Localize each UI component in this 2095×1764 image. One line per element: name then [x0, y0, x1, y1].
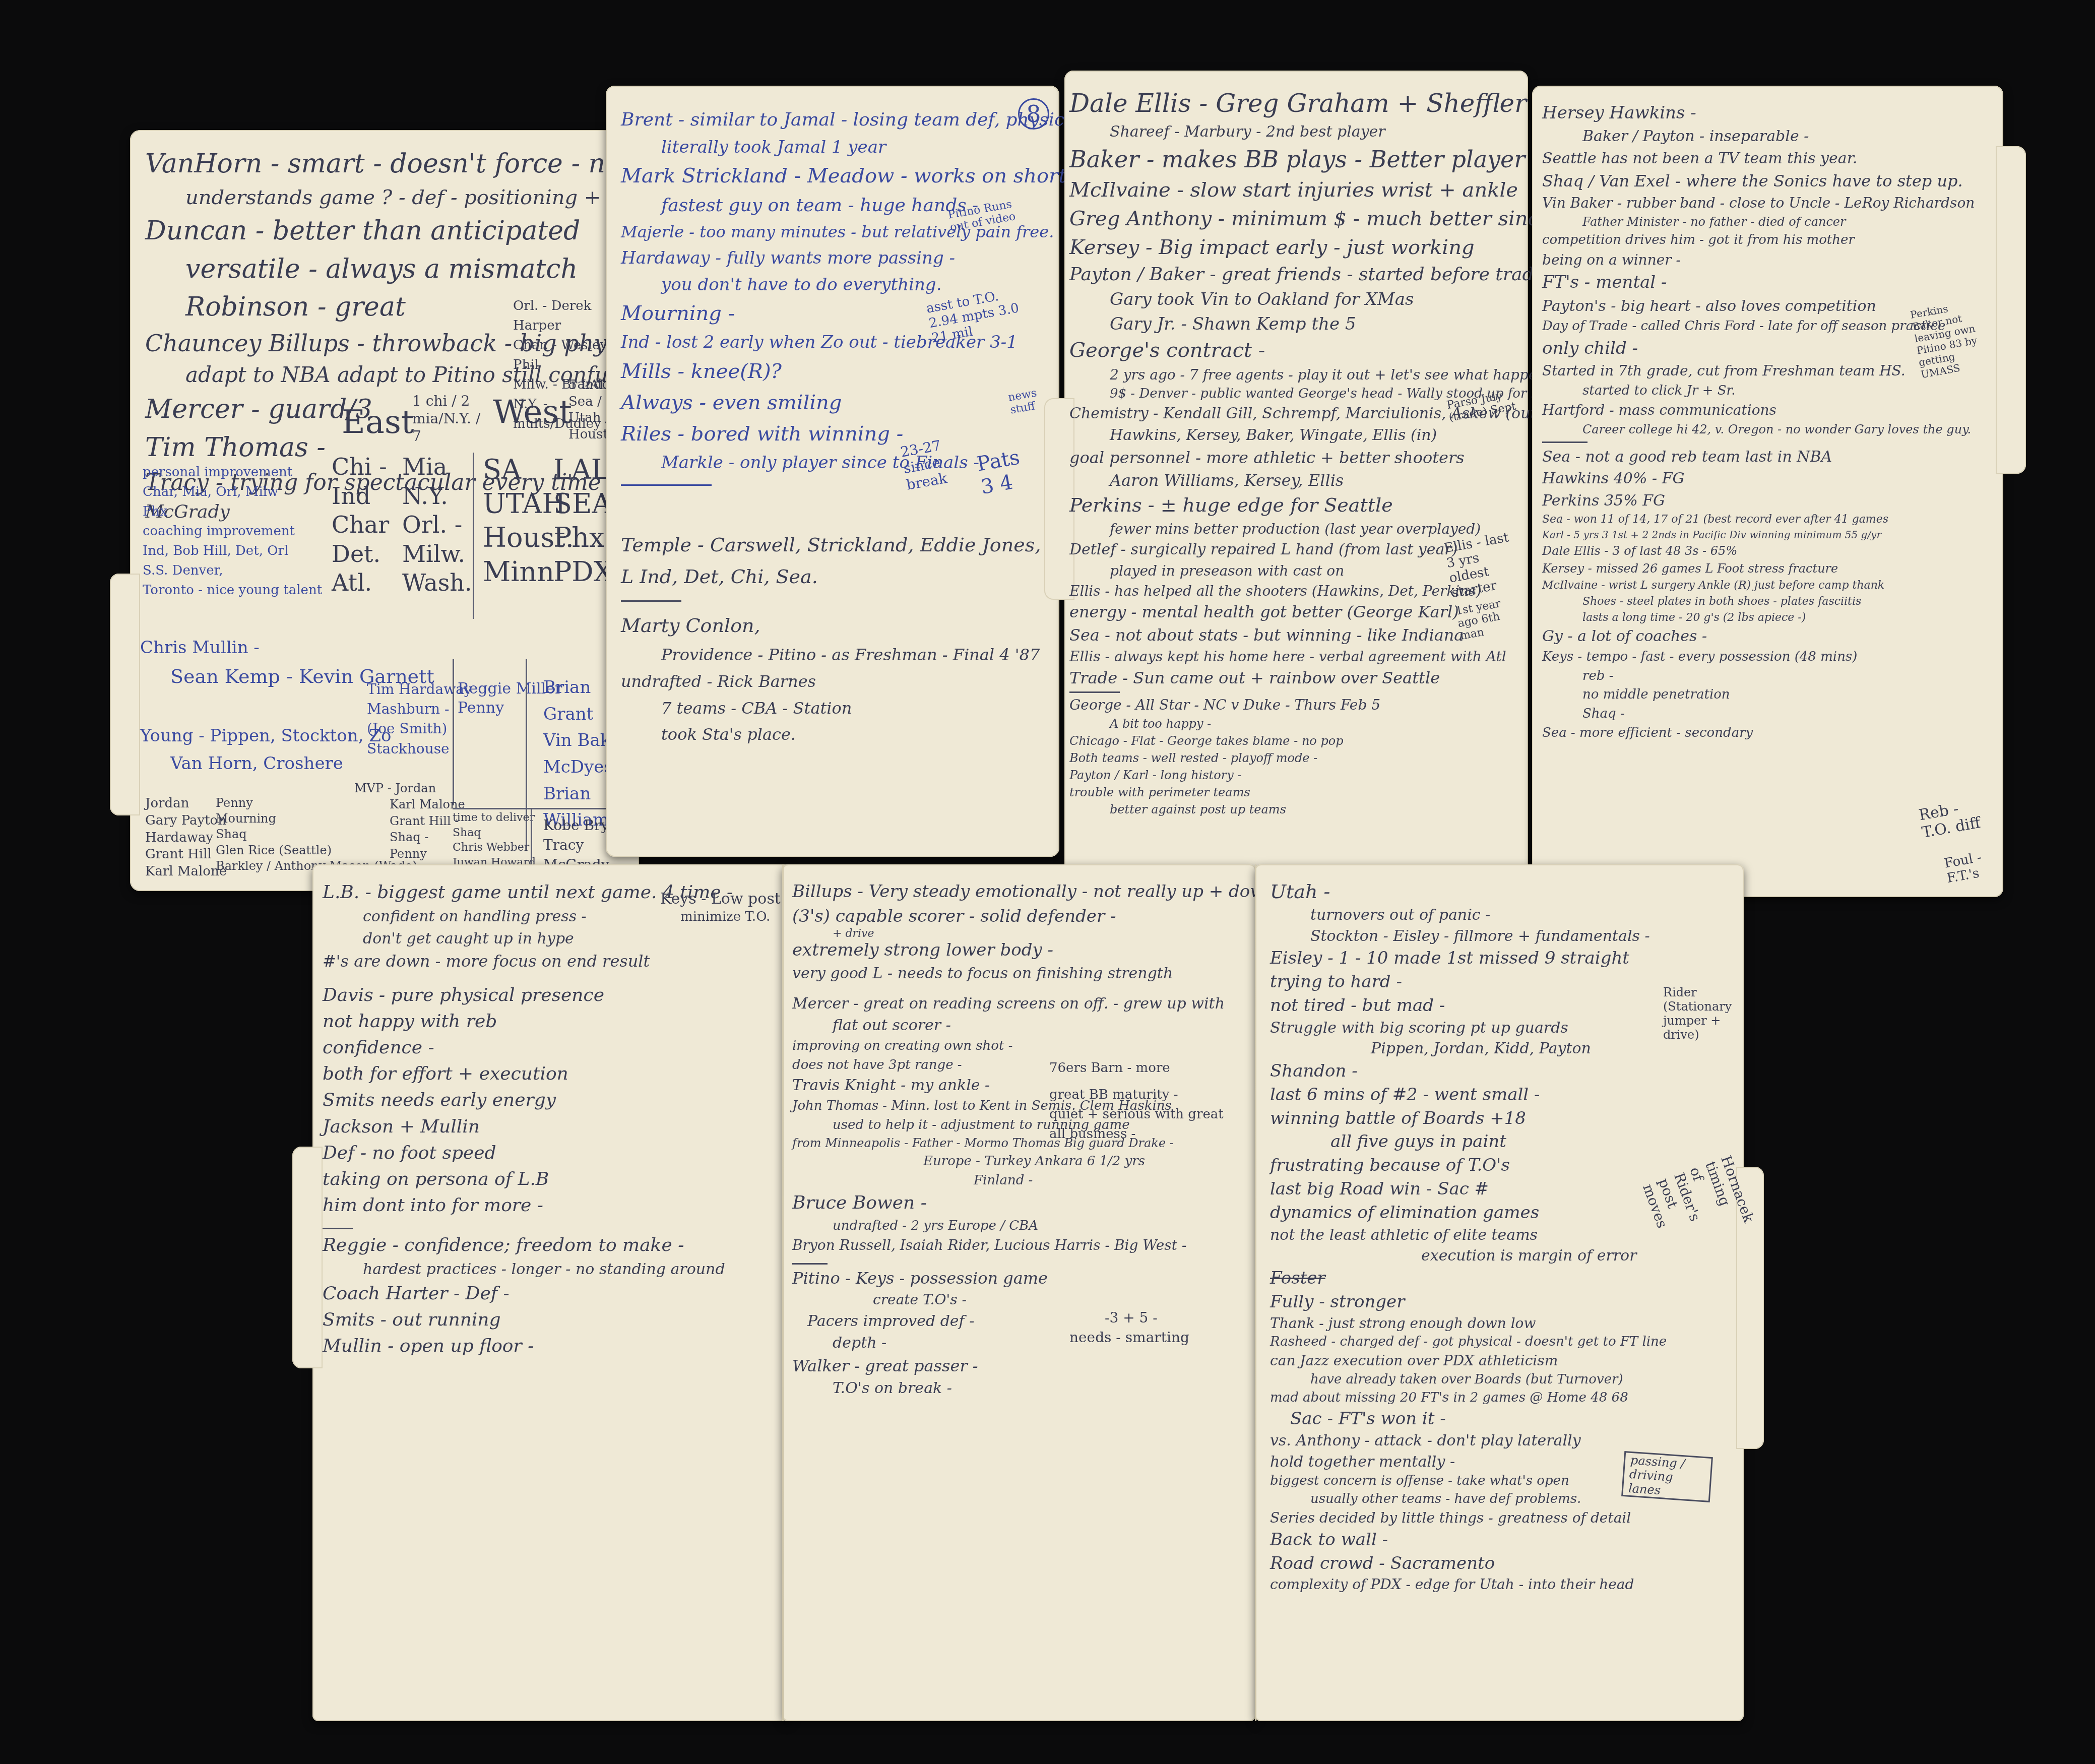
team: Char	[332, 511, 389, 540]
player: Chris Webber	[453, 840, 536, 855]
side-note: Chris Mullin -	[140, 634, 434, 661]
note-line: #'s are down - more focus on end result	[323, 950, 733, 973]
divider	[621, 600, 681, 602]
note-line: Baker / Payton - inseparable -	[1542, 125, 1975, 148]
note-line: Shandon -	[1270, 1059, 1667, 1083]
note-line: started to click Jr + Sr.	[1542, 382, 1975, 401]
note-line: Pippen, Jordan, Kidd, Payton	[1270, 1038, 1667, 1059]
note-line: Vin Baker - rubber band - close to Uncle…	[1542, 193, 1975, 214]
note-line: winning battle of Boards +18	[1270, 1107, 1667, 1130]
divider	[1542, 442, 1588, 443]
note-line: Thank - just strong enough down low	[1270, 1314, 1667, 1334]
note-line: not tired - but mad -	[1270, 994, 1667, 1018]
keys-note: Keys - Low post minimize T.O.	[660, 890, 781, 925]
team: Mia	[402, 453, 472, 482]
note-line: Shaq / Van Exel - where the Sonics have …	[1542, 169, 1975, 193]
note-line: Mullin - open up floor -	[323, 1333, 733, 1359]
divider	[323, 1228, 353, 1229]
note-line: T.O's on break -	[792, 1377, 1276, 1400]
side-note: Toronto - nice young talent	[143, 581, 322, 600]
player: Gary Payton	[145, 812, 227, 830]
east-column-2: Mia N.Y. Orl. - Milw. Wash.	[402, 453, 472, 598]
note-line: Coach Harter - Def -	[323, 1281, 733, 1307]
team: Wash.	[402, 569, 472, 598]
note-line: McIlvaine - wrist L surgery Ankle (R) ju…	[1542, 578, 1975, 594]
note-line: Smits - out running	[323, 1307, 733, 1333]
notes-top-right: Hersey Hawkins - Baker / Payton - insepa…	[1542, 101, 1975, 742]
boxed-note: passing / driving lanes	[1621, 1451, 1713, 1502]
note-line: (3's) capable scorer - solid defender -	[792, 904, 1276, 929]
note-line: hold together mentally -	[1270, 1452, 1667, 1472]
team: Ind	[332, 482, 389, 511]
player: Jordan	[145, 795, 227, 812]
note-line: create T.O's -	[792, 1290, 1276, 1310]
team: Det.	[332, 540, 389, 569]
note-line: vs. Anthony - attack - don't play latera…	[1270, 1430, 1667, 1451]
side-note: coaching improvement	[143, 522, 322, 541]
east-column-1: Chi - Ind Char Det. Atl.	[332, 453, 389, 598]
note-line: no middle penetration	[1542, 685, 1975, 705]
player: Penny	[216, 795, 417, 811]
note-line: Back to wall -	[1270, 1528, 1667, 1552]
note-line: Eisley - 1 - 10 made 1st missed 9 straig…	[1270, 947, 1667, 970]
note-line: Reggie - confidence; freedom to make -	[323, 1232, 733, 1258]
note-line: Sea - won 11 of 14, 17 of 21 (best recor…	[1542, 512, 1975, 528]
note-line: Father Minister - no father - died of ca…	[1542, 213, 1975, 231]
folder-top-middle: 8 Brent - similar to Jamal - losing team…	[606, 86, 1059, 857]
note-line: Kersey - missed 26 games L Foot stress f…	[1542, 560, 1975, 578]
divider	[1069, 691, 1120, 693]
note-line: confidence -	[323, 1035, 733, 1061]
folder-tab	[110, 574, 140, 815]
note-line: have already taken over Boards (but Turn…	[1270, 1371, 1667, 1389]
note-line: Rasheed - charged def - got physical - d…	[1270, 1333, 1667, 1351]
side-note: personal improvement	[143, 463, 322, 482]
note-line: taking on persona of L.B	[323, 1166, 733, 1192]
note-line: last 6 mins of #2 - went small -	[1270, 1083, 1667, 1107]
side-note: Char, Mia, Orl, Milw	[143, 482, 322, 502]
note-line: frustrating because of T.O's	[1270, 1154, 1667, 1177]
player: Stackhouse	[367, 739, 472, 759]
note-line: Pitino - Keys - possession game	[792, 1267, 1276, 1290]
note-line: Road crowd - Sacramento	[1270, 1552, 1667, 1576]
side-note: needs - smarting	[1069, 1328, 1189, 1347]
side-note: minimize T.O.	[660, 909, 781, 925]
team: Phx	[553, 521, 613, 555]
note-line: Foster	[1270, 1267, 1667, 1290]
note-line: Pacers improved def -	[792, 1310, 1276, 1333]
fold-line	[782, 864, 784, 1721]
note-line: Career college hi 42, v. Oregon - no won…	[1542, 421, 1975, 438]
note-line: Fully - stronger	[1270, 1290, 1667, 1314]
note-line: improving on creating own shot -	[792, 1037, 1276, 1056]
side-note: Perkins Baker not leaving own Pitino 83 …	[1910, 297, 1992, 381]
team: Orl. -	[402, 511, 472, 540]
note-line: Shoes - steel plates in both shoes - pla…	[1542, 594, 1975, 610]
note-line: trying to hard -	[1270, 970, 1667, 994]
side-note: Keys - Low post	[660, 890, 781, 909]
time-to-deliver: time to deliver Shaq Chris Webber Juwan …	[453, 810, 536, 870]
note-line: both for effort + execution	[323, 1061, 733, 1087]
folder-tab	[292, 1147, 323, 1368]
side-note: Ind, Bob Hill, Det, Orl	[143, 541, 322, 561]
note-line: mad about missing 20 FT's in 2 games @ H…	[1270, 1389, 1667, 1407]
team: Atl.	[332, 569, 389, 598]
note-line: Finland -	[792, 1171, 1276, 1190]
west-column-2: LAL SEA Phx PDX	[553, 453, 613, 589]
player: Karl Malone	[145, 863, 227, 880]
player: Mashburn -	[367, 699, 472, 719]
note-line: Bryon Russell, Isaiah Rider, Lucious Har…	[792, 1235, 1276, 1256]
player: Tim Hardaway	[367, 679, 472, 699]
note-line: Karl - 5 yrs 3 1st + 2 2nds in Pacific D…	[1542, 528, 1975, 542]
note-line: Europe - Turkey Ankara 6 1/2 yrs	[792, 1152, 1276, 1171]
note-line: Day of Trade - called Chris Ford - late …	[1542, 317, 1975, 336]
note-line: Started in 7th grade, cut from Freshman …	[1542, 361, 1975, 382]
player: Shaq	[453, 826, 536, 841]
team: PDX	[553, 555, 613, 589]
pitino-side-notes: -3 + 5 - needs - smarting	[1069, 1308, 1189, 1347]
side-note: Ellis - last 3 yrs oldest starter	[1443, 528, 1528, 601]
note-line: Seattle has not been a TV team this year…	[1542, 148, 1975, 170]
note-line: complexity of PDX - edge for Utah - into…	[1270, 1575, 1667, 1595]
side-note: great BB maturity -	[1049, 1085, 1224, 1105]
note-line: Davis - pure physical presence	[323, 982, 733, 1009]
note-line: don't get caught up in hype	[323, 928, 733, 950]
note-line: Hersey Hawkins -	[1542, 101, 1975, 125]
folder-top-right: Hersey Hawkins - Baker / Payton - insepa…	[1532, 86, 2003, 897]
note-line: Walker - great passer -	[792, 1354, 1276, 1377]
player: Hardaway	[145, 830, 227, 847]
fold-line	[1255, 864, 1256, 1721]
side-note: quiet + serious with great	[1049, 1105, 1224, 1124]
note-line: not happy with reb	[323, 1009, 733, 1035]
note-line: + drive	[792, 929, 1276, 938]
note-line: can Jazz execution over PDX athleticism	[1270, 1351, 1667, 1371]
note-line: hardest practices - longer - no standing…	[323, 1258, 733, 1281]
note-line: only child -	[1542, 336, 1975, 361]
note-line: Hawkins 40% - FG	[1542, 468, 1975, 490]
player: Mourning	[216, 811, 417, 827]
note-line: Jackson + Mullin	[323, 1114, 733, 1140]
folder-bottom-middle: Billups - Very steady emotionally - not …	[782, 864, 1256, 1721]
side-note: Pats 3 4	[975, 445, 1033, 499]
note-line: turnovers out of panic -	[1270, 905, 1667, 925]
team: LAL	[553, 453, 613, 487]
note-line: usually other teams - have def problems.	[1270, 1490, 1667, 1508]
player: (Joe Smith)	[367, 719, 472, 738]
all-stars-col-b: Penny Mourning Shaq Glen Rice (Seattle) …	[216, 795, 417, 874]
note-line: FT's - mental -	[1542, 270, 1975, 295]
side-note: Rider (Stationary jumper + drive)	[1663, 985, 1734, 1042]
note-line: Sac - FT's won it -	[1270, 1407, 1667, 1431]
east-label: East	[342, 402, 414, 443]
note-line: not the least athletic of elite teams	[1270, 1225, 1667, 1245]
side-note: Phx	[143, 502, 322, 522]
improvement-notes: personal improvement Char, Mia, Orl, Mil…	[143, 463, 322, 600]
note-line: Hartford - mass communications	[1542, 400, 1975, 421]
note-line: last big Road win - Sac #	[1270, 1177, 1667, 1201]
folder-top-left: VanHorn - smart - doesn't force - not ph…	[130, 130, 639, 891]
note-line: Mercer - great on reading screens on off…	[792, 993, 1276, 1015]
player: Glen Rice (Seattle)	[216, 843, 417, 858]
note-line: Series decided by little things - greatn…	[1270, 1508, 1667, 1528]
note-line: Bruce Bowen -	[792, 1190, 1276, 1216]
player: Grant Hill	[145, 846, 227, 863]
divider	[792, 1263, 828, 1265]
heading: time to deliver	[453, 810, 536, 826]
side-note: Reb - T.O. diff	[1918, 796, 1983, 842]
note-line: Keys - tempo - fast - every possession (…	[1542, 648, 1975, 667]
player: MVP - Jordan	[354, 780, 486, 796]
side-note: S.S. Denver,	[143, 561, 322, 581]
folder-bottom-left: L.B. - biggest game until next game. 4 t…	[312, 864, 791, 1721]
folder-top-center-right: Dale Ellis - Greg Graham + Sheffler Shar…	[1064, 71, 1528, 897]
note-line: Shaq -	[1542, 705, 1975, 724]
notes-bottom-left: L.B. - biggest game until next game. 4 t…	[323, 879, 733, 1360]
all-stars-col-a: Jordan Gary Payton Hardaway Grant Hill K…	[145, 795, 227, 880]
divider	[473, 453, 474, 619]
team: Chi -	[332, 453, 389, 482]
note-line: Struggle with big scoring pt up guards	[1270, 1018, 1667, 1038]
note-line: all five guys in paint	[1270, 1130, 1667, 1154]
player: Shaq	[216, 827, 417, 842]
divider	[621, 484, 712, 486]
note-line: flat out scorer -	[792, 1015, 1276, 1037]
note-line: biggest concern is offense - take what's…	[1270, 1472, 1667, 1490]
note-line: undrafted - 2 yrs Europe / CBA	[792, 1217, 1276, 1236]
note-line: being on a winner -	[1542, 250, 1975, 271]
team: Milw.	[402, 540, 472, 569]
note-line: Billups - Very steady emotionally - not …	[792, 879, 1276, 904]
note-line: reb -	[1542, 667, 1975, 686]
east-ranks: 1 chi / 2 mia/N.Y. / 7	[412, 392, 493, 445]
note-line: lasts a long time - 20 g's (2 lbs apiece…	[1542, 610, 1975, 626]
note-line: Utah -	[1270, 878, 1667, 905]
mercer-side-notes: 76ers Barn - more great BB maturity - qu…	[1049, 1058, 1224, 1144]
note-line: Smits needs early energy	[323, 1087, 733, 1113]
note-line: Gy - a lot of coaches -	[1542, 625, 1975, 648]
side-note: 23-27 since break	[899, 433, 967, 493]
note-line: Perkins 35% FG	[1542, 490, 1975, 512]
note-line: Def - no foot speed	[323, 1140, 733, 1166]
team: N.Y.	[402, 482, 472, 511]
notes-bottom-right: Utah - turnovers out of panic - Stockton…	[1270, 878, 1667, 1595]
bracket-middle: Tim Hardaway Mashburn - (Joe Smith) Stac…	[367, 679, 472, 759]
team: SEA	[553, 487, 613, 521]
note-line: very good L - needs to focus on finishin…	[792, 963, 1276, 985]
side-note: -3 + 5 -	[1069, 1308, 1189, 1328]
note-line: extremely strong lower body -	[792, 938, 1276, 963]
note-line: execution is margin of error	[1270, 1245, 1667, 1266]
note-line: Sea - not a good reb team last in NBA	[1542, 446, 1975, 468]
note-line: competition drives him - got it from his…	[1542, 231, 1975, 250]
folder-bottom-right: Utah - turnovers out of panic - Stockton…	[1255, 864, 1744, 1721]
side-note: all business -	[1049, 1124, 1224, 1144]
note-line: depth -	[792, 1332, 1276, 1354]
folder-tab	[1996, 146, 2026, 474]
note-line: Stockton - Eisley - fillmore + fundament…	[1270, 926, 1667, 947]
side-note: Foul - F.T.'s	[1943, 848, 1998, 886]
note-line: dynamics of elimination games	[1270, 1201, 1667, 1225]
side-note: 76ers Barn - more	[1049, 1058, 1224, 1078]
note-line: Sea - more efficient - secondary	[1542, 724, 1975, 743]
note-line: Dale Ellis - 3 of last 48 3s - 65%	[1542, 542, 1975, 560]
note-line: him dont into for more -	[323, 1192, 733, 1219]
